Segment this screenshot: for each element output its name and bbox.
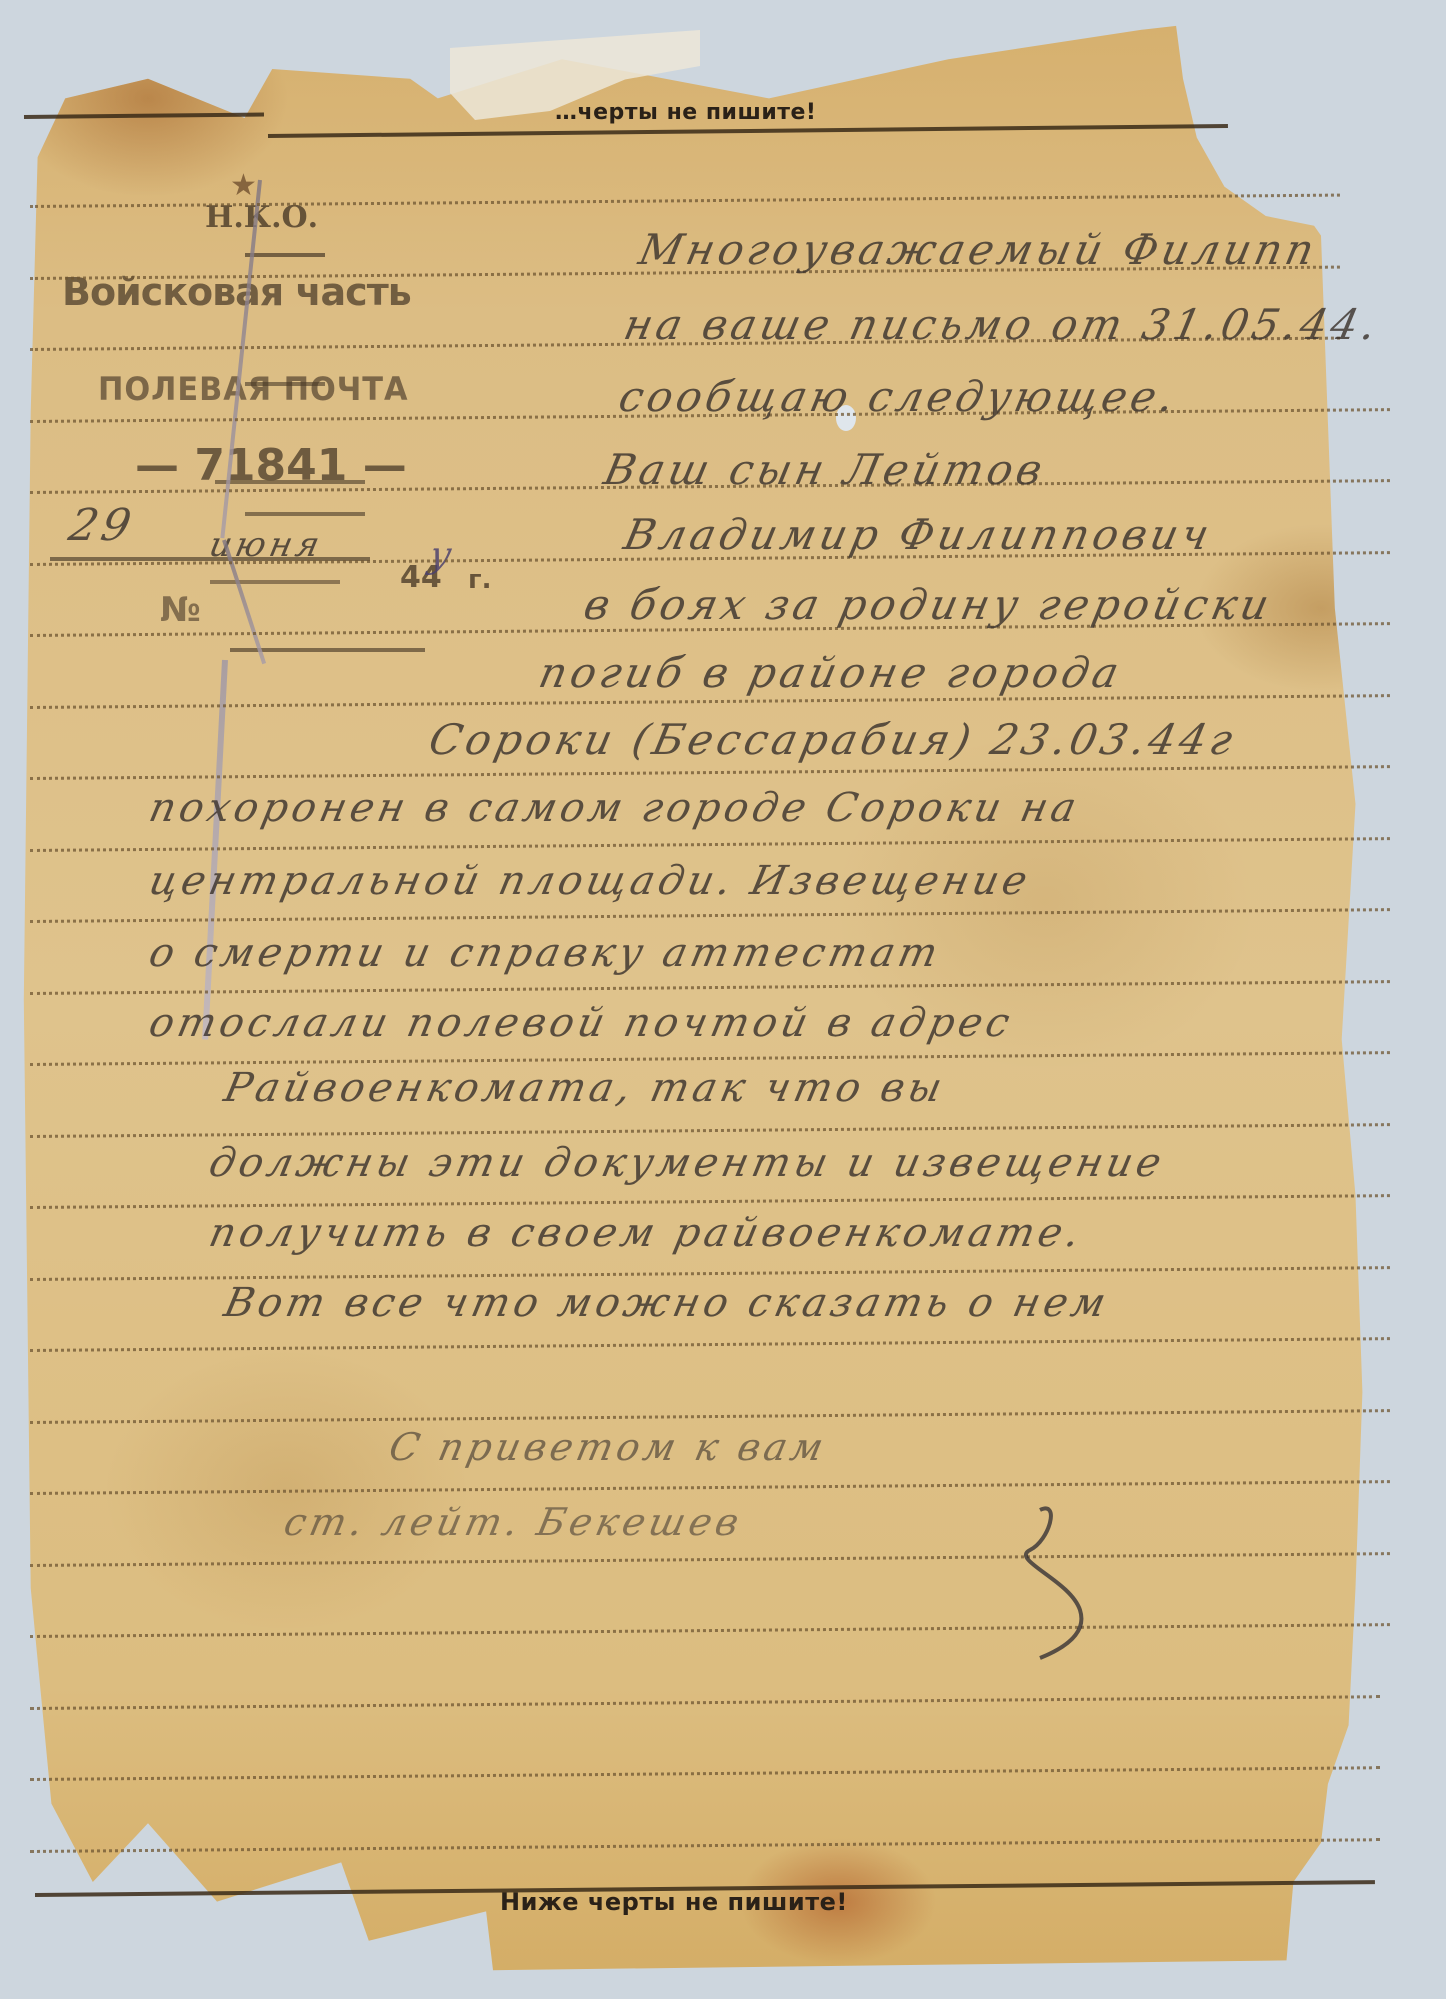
letter-line: Ваш сын Лейтов <box>600 445 1051 494</box>
letter-line: должны эти документы и извещение <box>205 1140 1169 1186</box>
letter-line: сообщаю следующее. <box>615 372 1183 421</box>
letter-line: погиб в районе города <box>535 648 1127 697</box>
letter-line: о смерти и справку аттестат <box>145 930 945 976</box>
letter-line: в боях за родину геройски <box>580 580 1277 629</box>
date-underline-2 <box>210 580 340 584</box>
star-icon: ★ <box>230 168 257 203</box>
stamp-number-label: № <box>160 590 201 630</box>
header-notice: …черты не пишите! <box>555 100 816 125</box>
letter-line: отослали полевой почтой в адрес <box>145 1000 1017 1046</box>
letter-line: получить в своем райвоенкомате. <box>205 1210 1088 1256</box>
letter-line: на ваше письмо от 31.05.44. <box>620 300 1385 349</box>
stamp-divider-4 <box>245 512 365 516</box>
letter-line: похоронен в самом городе Сороки на <box>145 785 1084 831</box>
stamp-line2: полевая почта <box>98 370 408 408</box>
stamp-divider-3 <box>215 480 365 484</box>
footer-notice: Ниже черты не пишите! <box>500 1888 848 1916</box>
letter-line: центральной площади. Извещение <box>145 858 1035 904</box>
letter-line: Владимир Филиппович <box>620 510 1218 559</box>
letter-line: Сороки (Бессарабия) 23.03.44г <box>425 715 1241 764</box>
letter-line: Райвоенкомата, так что вы <box>220 1065 950 1111</box>
stamp-date-suffix: г. <box>468 565 491 595</box>
signature-flourish <box>1000 1500 1120 1660</box>
letter-signature: ст. лейт. Бекешев <box>280 1500 746 1544</box>
letter-closing: С приветом к вам <box>385 1425 831 1469</box>
stamp-divider <box>245 253 325 257</box>
letter-line: Многоуважаемый Филипп <box>635 225 1323 274</box>
stamp-date-day: 29 <box>65 500 140 551</box>
letter-line: Вот все что можно сказать о нем <box>220 1280 1114 1326</box>
